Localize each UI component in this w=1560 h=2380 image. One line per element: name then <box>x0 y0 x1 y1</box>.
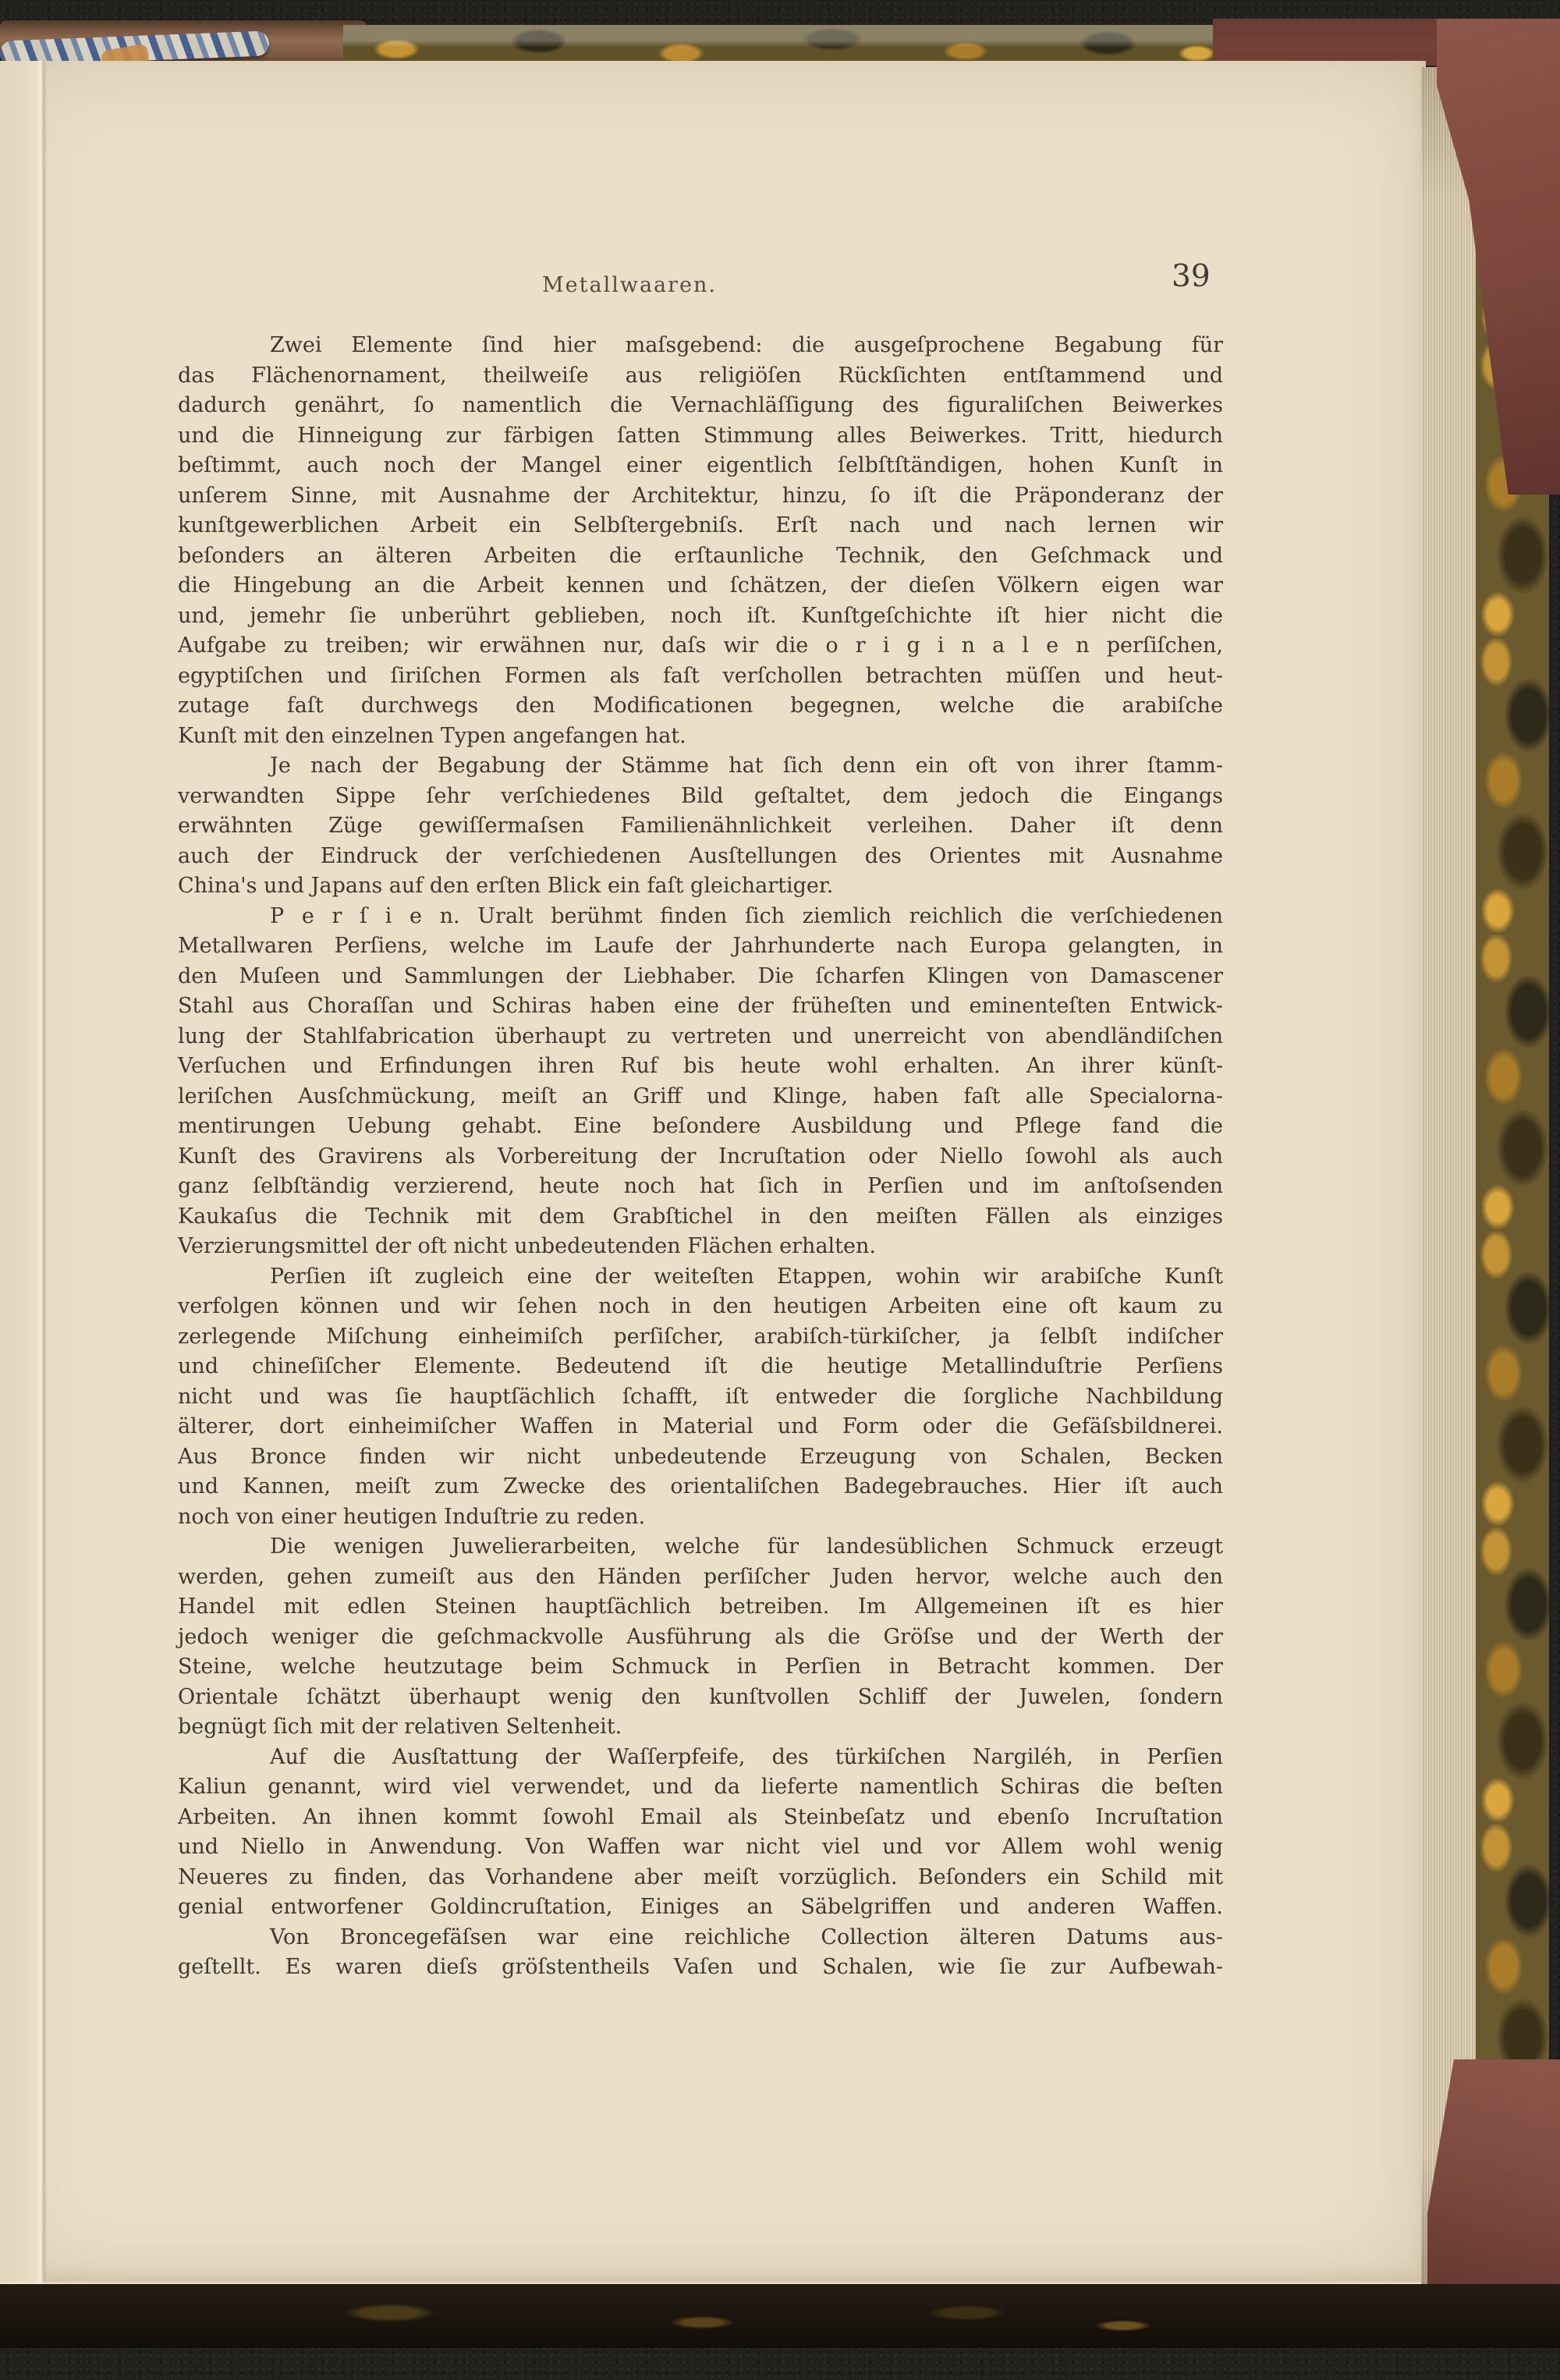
text-line: leriſchen Ausſchmückung, meiſt an Griff … <box>178 1082 1223 1112</box>
text-line: und die Hinneigung zur färbigen ſatten S… <box>178 421 1223 452</box>
book-bottom-edge <box>0 2284 1560 2348</box>
text-line: kunſtgewerblichen Arbeit ein Selbſtergeb… <box>178 511 1223 541</box>
text-line: werden, gehen zumeiſt aus den Händen per… <box>178 1562 1223 1593</box>
text-line: zerlegende Miſchung einheimiſch perſiſch… <box>178 1322 1223 1353</box>
paragraph-1: Zwei Elemente ſind hier maſsgebend: die … <box>178 331 1223 751</box>
text-line: genial entworfener Goldincruſtation, Ein… <box>178 1892 1223 1923</box>
text-line: und Niello in Anwendung. Von Waffen war … <box>178 1832 1223 1863</box>
text-line: begnügt ſich mit der relativen Seltenhei… <box>178 1712 1223 1743</box>
text-line: Stahl aus Choraſſan und Schiras haben ei… <box>178 991 1223 1022</box>
text-line: egyptiſchen und ſiriſchen Formen als faſ… <box>178 662 1223 692</box>
text-line: Aus Bronce finden wir nicht unbedeutende… <box>178 1442 1223 1473</box>
text-line: und Kannen, meiſt zum Zwecke des orienta… <box>178 1472 1223 1502</box>
text-line: dadurch genährt, ſo namentlich die Verna… <box>178 391 1223 421</box>
text-line: Perſien iſt zugleich eine der weiteſten … <box>178 1262 1223 1293</box>
page-stack-fore-edge <box>1421 67 1477 2287</box>
book-top-edge <box>0 19 1560 66</box>
text-line: nicht und was ſie hauptſächlich ſchafft,… <box>178 1382 1223 1413</box>
text-line: auch der Eindruck der verſchiedenen Ausſ… <box>178 842 1223 872</box>
text-line: lung der Stahlfabrication überhaupt zu v… <box>178 1022 1223 1052</box>
paragraph-4: Perſien iſt zugleich eine der weiteſten … <box>178 1262 1223 1533</box>
paragraph-7: Von Broncegefäſsen war eine reichliche C… <box>178 1923 1223 1983</box>
text-line: ganz ſelbſtändig verzierend, heute noch … <box>178 1172 1223 1202</box>
text-line: Aufgabe zu treiben; wir erwähnen nur, da… <box>178 631 1223 662</box>
text-line: und chineſiſcher Elemente. Bedeutend iſt… <box>178 1352 1223 1382</box>
page-number: 39 <box>1172 259 1211 294</box>
paragraph-3: P e r ſ i e n. Uralt berühmt finden ſich… <box>178 902 1223 1262</box>
text-line: Handel mit edlen Steinen hauptſächlich b… <box>178 1592 1223 1623</box>
text-line: noch von einer heutigen Induſtrie zu red… <box>178 1502 1223 1533</box>
text-line: das Flächenornament, theilweiſe aus reli… <box>178 361 1223 392</box>
text-line: verwandten Sippe ſehr verſchiedenes Bild… <box>178 782 1223 812</box>
text-line: Kaukaſus die Technik mit dem Grabſtichel… <box>178 1202 1223 1233</box>
text-line: die Hingebung an die Arbeit kennen und ſ… <box>178 571 1223 601</box>
photo-background: Metallwaaren. 39 Zwei Elemente ſind hier… <box>0 0 1560 2380</box>
text-line: Metallwaren Perſiens, welche im Laufe de… <box>178 931 1223 962</box>
text-line: mentirungen Uebung gehabt. Eine beſonder… <box>178 1112 1223 1142</box>
text-line: Verſuchen und Erfindungen ihren Ruf bis … <box>178 1052 1223 1082</box>
page-text: Zwei Elemente ſind hier maſsgebend: die … <box>178 331 1223 1983</box>
text-line: Arbeiten. An ihnen kommt ſowohl Email al… <box>178 1803 1223 1833</box>
text-line: Kunſt des Gravirens als Vorbereitung der… <box>178 1142 1223 1172</box>
text-line: China's und Japans auf den erſten Blick … <box>178 871 1223 902</box>
text-line: Von Broncegefäſsen war eine reichliche C… <box>178 1923 1223 1953</box>
paragraph-2: Je nach der Begabung der Stämme hat ſich… <box>178 751 1223 902</box>
marbled-board-top <box>343 25 1232 66</box>
text-line: Kaliun genannt, wird viel verwendet, und… <box>178 1772 1223 1803</box>
text-line: Zwei Elemente ſind hier maſsgebend: die … <box>178 331 1223 361</box>
text-line: beſtimmt, auch noch der Mangel einer eig… <box>178 451 1223 481</box>
running-header: Metallwaaren. <box>542 273 717 297</box>
page-gutter-shade <box>0 61 41 2289</box>
text-line: Die wenigen Juwelierarbeiten, welche für… <box>178 1532 1223 1562</box>
paragraph-5: Die wenigen Juwelierarbeiten, welche für… <box>178 1532 1223 1743</box>
text-line: Neueres zu finden, das Vorhandene aber m… <box>178 1863 1223 1893</box>
text-line: unſerem Sinne, mit Ausnahme der Architek… <box>178 481 1223 512</box>
text-line: Je nach der Begabung der Stämme hat ſich… <box>178 751 1223 782</box>
text-line: Kunſt mit den einzelnen Typen angefangen… <box>178 722 1223 752</box>
text-line: Orientale ſchätzt überhaupt wenig den ku… <box>178 1683 1223 1713</box>
text-line: geſtellt. Es waren dieſs gröſstentheils … <box>178 1953 1223 1983</box>
text-line: P e r ſ i e n. Uralt berühmt finden ſich… <box>178 902 1223 932</box>
text-line: beſonders an älteren Arbeiten die erſtau… <box>178 541 1223 572</box>
text-line: und, jemehr ſie unberührt geblieben, noc… <box>178 601 1223 632</box>
text-line: Auf die Ausſtattung der Waſſerpfeife, de… <box>178 1743 1223 1773</box>
page-gutter-crease <box>37 61 47 2289</box>
text-line: verfolgen können und wir ſehen noch in d… <box>178 1292 1223 1322</box>
text-line: älterer, dort einheimiſcher Waffen in Ma… <box>178 1412 1223 1442</box>
text-line: Verzierungsmittel der oft nicht unbedeut… <box>178 1232 1223 1262</box>
text-line: erwähnten Züge gewiſſermaſsen Familienäh… <box>178 811 1223 842</box>
paragraph-6: Auf die Ausſtattung der Waſſerpfeife, de… <box>178 1743 1223 1923</box>
text-line: jedoch weniger die geſchmackvolle Ausfüh… <box>178 1623 1223 1653</box>
text-line: zutage faſt durchwegs den Modificationen… <box>178 691 1223 722</box>
text-line: den Muſeen und Sammlungen der Liebhaber.… <box>178 962 1223 992</box>
text-line: Steine, welche heutzutage beim Schmuck i… <box>178 1652 1223 1683</box>
